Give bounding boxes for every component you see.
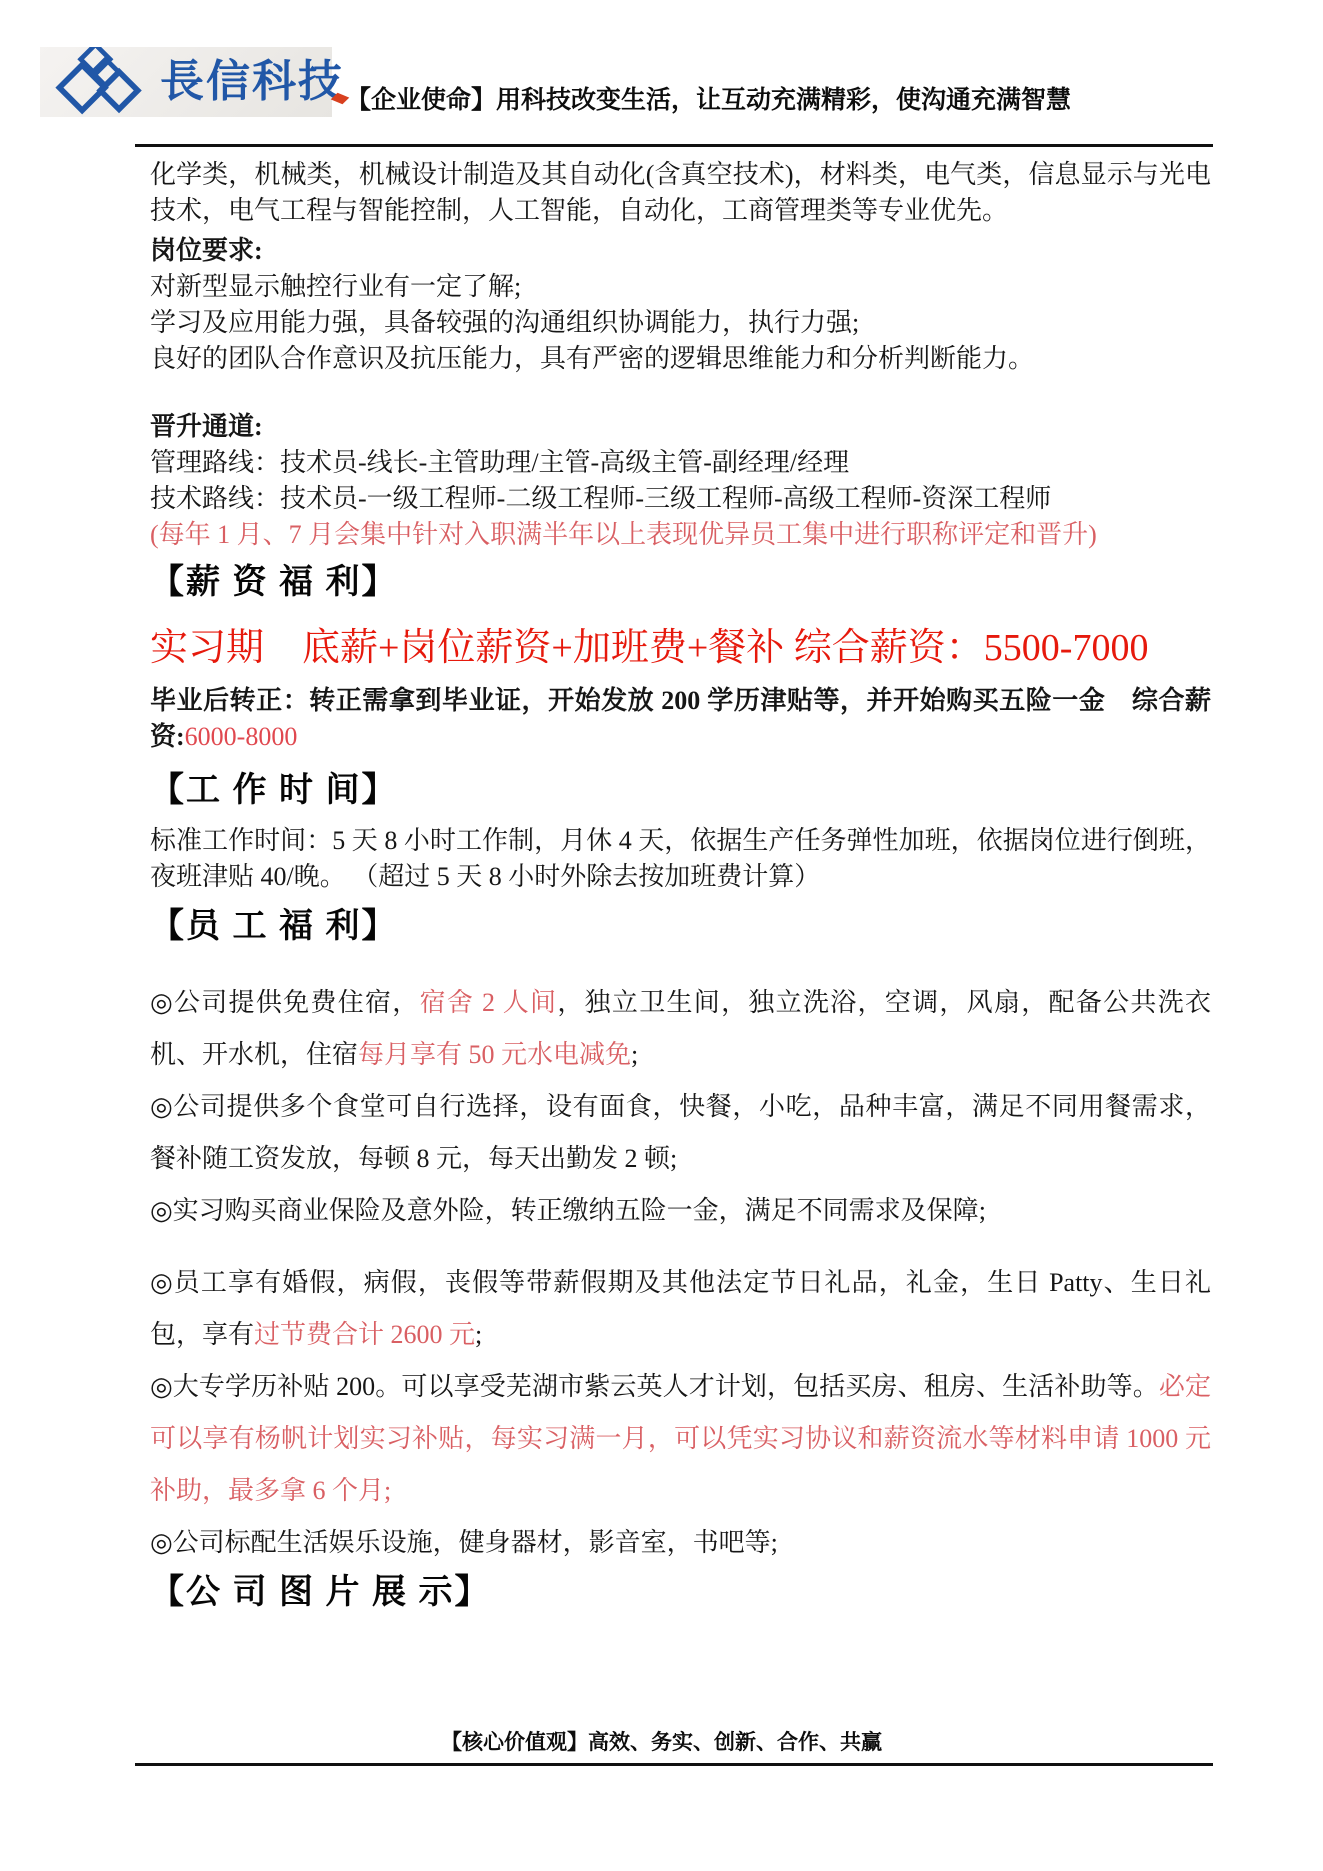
benefit-text: ◎公司提供多个食堂可自行选择，设有面食，快餐，小吃，品种丰富，满足不同用餐需求，…	[150, 1092, 1211, 1173]
benefit-highlight: 过节费合计 2600 元	[254, 1320, 475, 1349]
core-values-line: 【核心价值观】高效、务实、创新、合作、共赢	[0, 1728, 1323, 1758]
page-footer: 【核心价值观】高效、务实、创新、合作、共赢	[0, 1728, 1323, 1766]
promotion-path-technical: 技术路线：技术员-一级工程师-二级工程师-三级工程师-高级工程师-资深工程师	[150, 481, 1211, 517]
benefit-item-insurance: ◎实习购买商业保险及意外险，转正缴纳五险一金，满足不同需求及保障;	[150, 1185, 1211, 1237]
benefit-text: ;	[631, 1040, 638, 1069]
promotion-path-management: 管理路线：技术员-线长-主管助理/主管-高级主管-副经理/经理	[150, 445, 1211, 481]
logo-wordmark-text: 長信科技	[160, 57, 344, 106]
promotion-channel-label: 晋升通道:	[150, 409, 1211, 445]
regular-salary-paragraph: 毕业后转正：转正需拿到毕业证，开始发放 200 学历津贴等，并开始购买五险一金 …	[150, 683, 1211, 755]
benefit-item-dorm: ◎公司提供免费住宿，宿舍 2 人间，独立卫生间，独立洗浴，空调，风扇，配备公共洗…	[150, 977, 1211, 1081]
benefit-item-canteen: ◎公司提供多个食堂可自行选择，设有面食，快餐，小吃，品种丰富，满足不同用餐需求，…	[150, 1081, 1211, 1185]
benefit-text: ;	[475, 1320, 482, 1349]
header-divider-line	[135, 144, 1213, 147]
working-hours-paragraph: 标准工作时间：5 天 8 小时工作制，月休 4 天，依据生产任务弹性加班，依据岗…	[150, 823, 1211, 895]
requirement-line: 对新型显示触控行业有一定了解;	[150, 269, 1211, 305]
company-logo: 長信科技	[40, 47, 332, 117]
page-header: 長信科技 【企业使命】用科技改变生活，让互动充满精彩，使沟通充满智慧	[40, 0, 1323, 117]
benefit-item-facilities: ◎公司标配生活娱乐设施，健身器材，影音室，书吧等;	[150, 1517, 1211, 1569]
benefit-text: ◎公司标配生活娱乐设施，健身器材，影音室，书吧等;	[150, 1528, 778, 1557]
requirement-line: 学习及应用能力强，具备较强的沟通组织协调能力，执行力强;	[150, 305, 1211, 341]
working-hours-heading: 【工 作 时 间】	[150, 767, 1211, 815]
regular-salary-range: 6000-8000	[185, 722, 298, 751]
company-mission-slogan: 【企业使命】用科技改变生活，让互动充满精彩，使沟通充满智慧	[346, 85, 1071, 117]
benefit-text: ◎公司提供免费住宿，	[150, 988, 420, 1017]
intern-salary-line: 实习期 底薪+岗位薪资+加班费+餐补 综合薪资：5500-7000	[150, 625, 1211, 671]
regular-salary-text: 毕业后转正：转正需拿到毕业证，开始发放 200 学历津贴等，并开始购买五险一金 …	[150, 686, 1211, 751]
benefit-highlight: 宿舍 2 人间	[420, 988, 558, 1017]
benefit-highlight: 每月享有 50 元水电减免	[358, 1040, 631, 1069]
benefit-text: ◎大专学历补贴 200。可以享受芜湖市紫云英人才计划，包括买房、租房、生活补助等…	[150, 1372, 1159, 1401]
document-page: 長信科技 【企业使命】用科技改变生活，让互动充满精彩，使沟通充满智慧 化学类，机…	[0, 0, 1323, 1871]
document-body: 化学类，机械类，机械设计制造及其自动化(含真空技术)，材料类，电气类，信息显示与…	[150, 157, 1211, 1617]
benefit-item-subsidy: ◎大专学历补贴 200。可以享受芜湖市紫云英人才计划，包括买房、租房、生活补助等…	[150, 1361, 1211, 1517]
preferred-majors-paragraph: 化学类，机械类，机械设计制造及其自动化(含真空技术)，材料类，电气类，信息显示与…	[150, 157, 1211, 229]
logo-wordmark: 長信科技	[160, 60, 344, 104]
job-requirements-label: 岗位要求:	[150, 233, 1211, 269]
employee-benefits-heading: 【员 工 福 利】	[150, 903, 1211, 951]
requirement-line: 良好的团队合作意识及抗压能力，具有严密的逻辑思维能力和分析判断能力。	[150, 341, 1211, 377]
promotion-review-note: (每年 1 月、7 月会集中针对入职满半年以上表现优异员工集中进行职称评定和晋升…	[150, 517, 1211, 553]
salary-benefits-heading: 【薪 资 福 利】	[150, 559, 1211, 607]
benefit-text: ◎实习购买商业保险及意外险，转正缴纳五险一金，满足不同需求及保障;	[150, 1196, 986, 1225]
company-photos-heading: 【公 司 图 片 展 示】	[150, 1569, 1211, 1617]
benefit-item-holidays: ◎员工享有婚假，病假，丧假等带薪假期及其他法定节日礼品，礼金，生日 Patty、…	[150, 1257, 1211, 1361]
footer-divider-line	[135, 1763, 1213, 1766]
logo-diamond-icon	[54, 47, 150, 117]
